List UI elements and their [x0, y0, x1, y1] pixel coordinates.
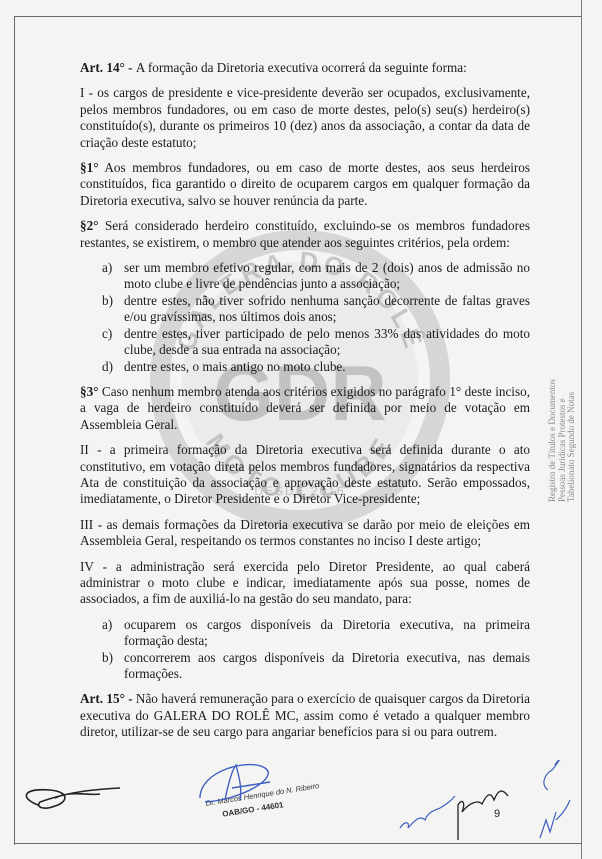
- signature-virginia: [400, 796, 455, 828]
- inciso-i: I - os cargos de presidente e vice-presi…: [80, 85, 530, 151]
- inciso-label: II: [80, 442, 89, 457]
- list-item: d)dentre estes, o mais antigo no moto cl…: [102, 359, 530, 375]
- article-text: Não haverá remuneração para o exercício …: [80, 691, 530, 739]
- registry-stamp: Registro de Títulos e Documentos Pessoas…: [548, 352, 577, 502]
- criteria-list: a)ser um membro efetivo regular, com mai…: [80, 260, 530, 375]
- list-item-text: dentre estes, não tiver sofrido nenhuma …: [124, 293, 530, 324]
- paragraph-label: §3°: [80, 384, 98, 399]
- inciso-label: IV: [80, 559, 94, 574]
- article-14: Art. 14° - A formação da Diretoria execu…: [80, 60, 530, 76]
- list-item: b)dentre estes, não tiver sofrido nenhum…: [102, 293, 530, 326]
- page-frame-top: [14, 16, 582, 17]
- inciso-text: - os cargos de presidente e vice-preside…: [80, 85, 530, 149]
- article-heading: Art. 14°: [80, 60, 125, 75]
- list-marker: b): [102, 293, 113, 309]
- inciso-text: - as demais formações da Diretoria execu…: [80, 517, 530, 548]
- list-item: a)ser um membro efetivo regular, com mai…: [102, 260, 530, 293]
- paragraph-text: Aos membros fundadores, ou em caso de mo…: [80, 160, 530, 208]
- list-item-text: concorrerem aos cargos disponíveis da Di…: [124, 650, 530, 681]
- heading-separator: -: [125, 691, 136, 706]
- purpose-list: a)ocuparem os cargos disponíveis da Dire…: [80, 617, 530, 683]
- paragraph-text: Será considerado herdeiro constituído, e…: [80, 218, 530, 249]
- signature-center: [458, 791, 508, 840]
- article-15: Art. 15° - Não haverá remuneração para o…: [80, 691, 530, 740]
- list-marker: d): [102, 359, 113, 375]
- list-item: b)concorrerem aos cargos disponíveis da …: [102, 650, 530, 683]
- signature-lawyer: [200, 765, 270, 802]
- paragraph-3: §3° Caso nenhum membro atenda aos critér…: [80, 384, 530, 433]
- list-marker: a): [102, 617, 112, 633]
- list-marker: b): [102, 650, 113, 666]
- list-item-text: ser um membro efetivo regular, com mais …: [124, 260, 530, 291]
- inciso-text: - a primeira formação da Diretoria execu…: [80, 442, 530, 506]
- list-item: c)dentre estes, tiver participado de pel…: [102, 326, 530, 359]
- list-item: a)ocuparem os cargos disponíveis da Dire…: [102, 617, 530, 650]
- paragraph-label: §1°: [80, 160, 98, 175]
- inciso-iv: IV - a administração será exercida pelo …: [80, 559, 530, 608]
- heading-separator: -: [125, 60, 136, 75]
- signature-joao: [544, 760, 566, 790]
- stamp-line: Tabelionato Segundo de Notas: [567, 352, 577, 502]
- page-frame-right: [581, 0, 582, 859]
- inciso-text: - a administração será exercida pelo Dir…: [80, 559, 530, 607]
- paragraph-label: §2°: [80, 218, 98, 233]
- inciso-ii: II - a primeira formação da Diretoria ex…: [80, 442, 530, 508]
- list-marker: c): [102, 326, 112, 342]
- paragraph-text: Caso nenhum membro atenda aos critérios …: [80, 384, 530, 432]
- signature-welber: [540, 800, 570, 838]
- paragraph-1: §1° Aos membros fundadores, ou em caso d…: [80, 160, 530, 209]
- list-item-text: dentre estes, o mais antigo no moto club…: [124, 359, 346, 374]
- paragraph-2: §2° Será considerado herdeiro constituíd…: [80, 218, 530, 251]
- list-item-text: ocuparem os cargos disponíveis da Direto…: [124, 617, 530, 648]
- inciso-iii: III - as demais formações da Diretoria e…: [80, 517, 530, 550]
- list-item-text: dentre estes, tiver participado de pelo …: [124, 326, 530, 357]
- page-frame-left: [14, 16, 15, 845]
- signatures-area: [0, 760, 602, 850]
- signature-left: [26, 788, 120, 808]
- article-text: A formação da Diretoria executiva ocorre…: [136, 60, 467, 75]
- article-heading: Art. 15°: [80, 691, 125, 706]
- document-body: Art. 14° - A formação da Diretoria execu…: [80, 60, 530, 750]
- inciso-label: III: [80, 517, 93, 532]
- list-marker: a): [102, 260, 112, 276]
